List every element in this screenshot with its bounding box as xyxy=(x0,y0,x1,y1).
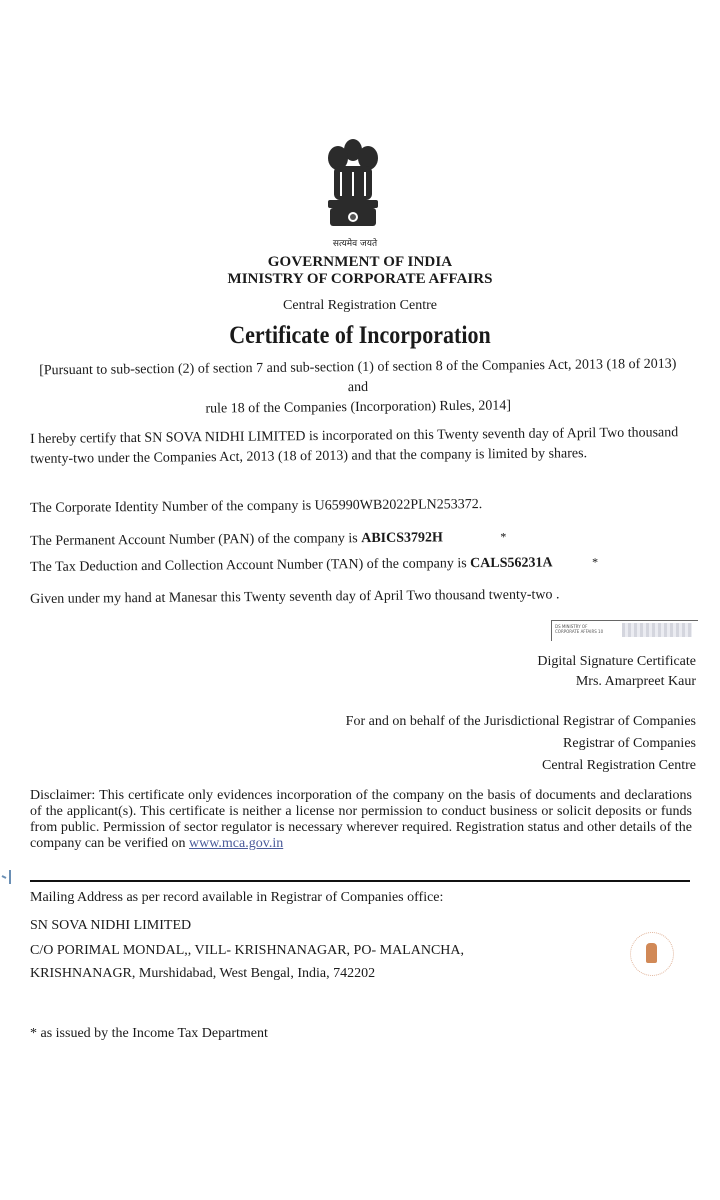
ministry-heading: MINISTRY OF CORPORATE AFFAIRS xyxy=(0,271,720,288)
registrar-title: Registrar of Companies xyxy=(563,736,696,752)
footnote-text: as issued by the Income Tax Department xyxy=(41,1026,268,1041)
cin-line: The Corporate Identity Number of the com… xyxy=(30,497,482,517)
motto: सत्यमेव जयते xyxy=(300,236,410,249)
mailing-line-2: KRISHNANAGR, Murshidabad, West Bengal, I… xyxy=(30,966,375,982)
ministry-seal-icon xyxy=(630,932,674,976)
office-name: Central Registration Centre xyxy=(0,298,720,314)
given-line: Given under my hand at Manesar this Twen… xyxy=(30,587,560,608)
pan-asterisk: * xyxy=(500,530,506,544)
tan-line: The Tax Deduction and Collection Account… xyxy=(30,555,598,576)
signature-type: Digital Signature Certificate xyxy=(537,654,696,670)
tan-value: CALS56231A xyxy=(470,555,553,571)
disclaimer: Disclaimer: This certificate only eviden… xyxy=(30,788,692,852)
mailing-line-1: C/O PORIMAL MONDAL,, VILL- KRISHNANAGAR,… xyxy=(30,943,464,959)
government-heading: GOVERNMENT OF INDIA xyxy=(0,254,720,271)
on-behalf-line: For and on behalf of the Jurisdictional … xyxy=(346,714,696,730)
digital-signature-stamp: DS MINISTRY OF CORPORATE AFFAIRS 10 xyxy=(551,620,698,641)
pursuant-clause: [Pursuant to sub-section (2) of section … xyxy=(28,355,689,422)
footnote: * as issued by the Income Tax Department xyxy=(30,1026,268,1042)
scan-mark xyxy=(0,866,14,886)
signer-name: Mrs. Amarpreet Kaur xyxy=(576,674,696,690)
mca-link[interactable]: www.mca.gov.in xyxy=(189,836,283,851)
pan-label: The Permanent Account Number (PAN) of th… xyxy=(30,531,358,549)
cin-label: The Corporate Identity Number of the com… xyxy=(30,499,311,516)
footnote-asterisk: * xyxy=(30,1026,37,1041)
tan-asterisk: * xyxy=(592,555,598,569)
certificate-title: Certificate of Incorporation xyxy=(43,322,677,350)
pan-line: The Permanent Account Number (PAN) of th… xyxy=(30,530,506,550)
registrar-centre: Central Registration Centre xyxy=(542,758,696,774)
pursuant-line-1: [Pursuant to sub-section (2) of section … xyxy=(28,355,688,402)
mailing-company: SN SOVA NIDHI LIMITED xyxy=(30,918,191,934)
mailing-heading: Mailing Address as per record available … xyxy=(30,890,443,906)
stamp-line-2: CORPORATE AFFAIRS 10 xyxy=(555,629,603,634)
pan-value: ABICS3792H xyxy=(361,530,443,546)
cin-value: U65990WB2022PLN253372. xyxy=(315,497,483,513)
certification-statement: I hereby certify that SN SOVA NIDHI LIMI… xyxy=(30,423,710,470)
signature-details-blurred xyxy=(622,623,692,637)
emblem-seal-core xyxy=(646,943,657,963)
national-emblem-icon xyxy=(318,128,388,238)
tan-label: The Tax Deduction and Collection Account… xyxy=(30,556,467,575)
section-divider xyxy=(30,880,690,882)
disclaimer-text: Disclaimer: This certificate only eviden… xyxy=(30,788,692,851)
